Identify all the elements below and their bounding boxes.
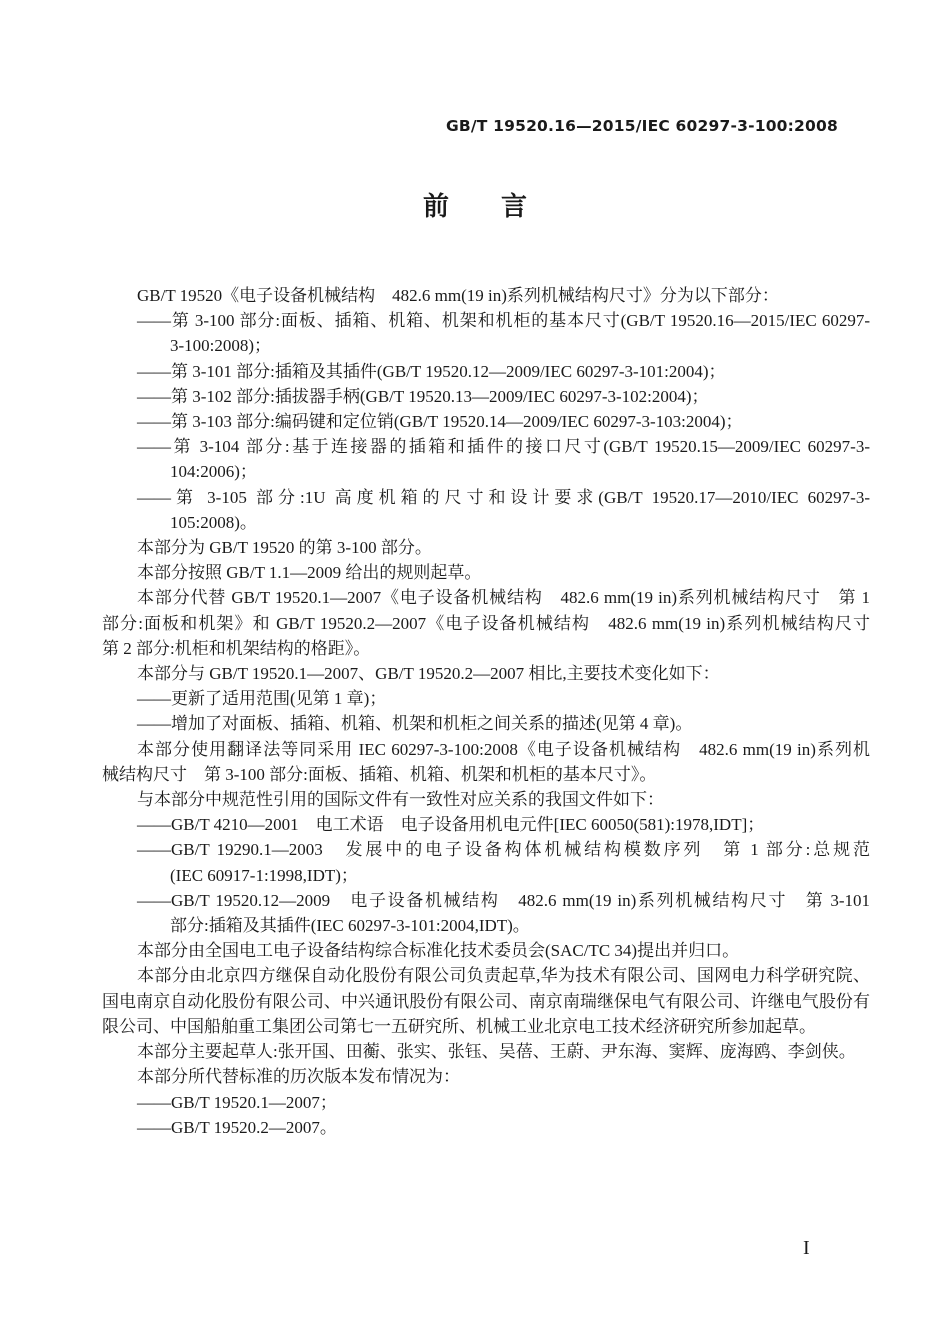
text-line: 限公司、中国船舶重工集团公司第七一五研究所、机械工业北京电工技术经济研究所参加起…	[102, 1014, 870, 1039]
text-line: ——GB/T 19520.1—2007；	[102, 1090, 870, 1115]
document-page: GB/T 19520.16—2015/IEC 60297-3-100:2008 …	[0, 0, 950, 1344]
text-line: 104:2006)；	[102, 459, 870, 484]
text-line: 本部分由北京四方继保自动化股份有限公司负责起草,华为技术有限公司、国网电力科学研…	[102, 963, 870, 988]
text-line: 本部分按照 GB/T 1.1—2009 给出的规则起草。	[102, 560, 870, 585]
text-line: 部分:插箱及其插件(IEC 60297-3-101:2004,IDT)。	[102, 913, 870, 938]
page-number: I	[803, 1236, 810, 1260]
text-line: ——GB/T 19520.2—2007。	[102, 1115, 870, 1140]
foreword-body: GB/T 19520《电子设备机械结构 482.6 mm(19 in)系列机械结…	[102, 283, 870, 1140]
text-line: ——GB/T 4210—2001 电工术语 电子设备用机电元件[IEC 6005…	[102, 812, 870, 837]
text-line: 本部分主要起草人:张开国、田蘅、张实、张钰、吴蓓、王蔚、尹东海、窦辉、庞海鸥、李…	[102, 1039, 870, 1064]
text-line: ——第 3-104 部分:基于连接器的插箱和插件的接口尺寸(GB/T 19520…	[102, 434, 870, 459]
text-line: 3-100:2008)；	[102, 333, 870, 358]
text-line: 本部分为 GB/T 19520 的第 3-100 部分。	[102, 535, 870, 560]
text-line: 本部分由全国电工电子设备结构综合标准化技术委员会(SAC/TC 34)提出并归口…	[102, 938, 870, 963]
text-line: 本部分代替 GB/T 19520.1—2007《电子设备机械结构 482.6 m…	[102, 585, 870, 610]
standard-number-header: GB/T 19520.16—2015/IEC 60297-3-100:2008	[446, 115, 838, 137]
page-title: 前 言	[0, 190, 950, 224]
text-line: 105:2008)。	[102, 510, 870, 535]
text-line: ——更新了适用范围(见第 1 章)；	[102, 686, 870, 711]
text-line: ——GB/T 19520.12—2009 电子设备机械结构 482.6 mm(1…	[102, 888, 870, 913]
text-line: 国电南京自动化股份有限公司、中兴通讯股份有限公司、南京南瑞继保电气有限公司、许继…	[102, 989, 870, 1014]
text-line: ——增加了对面板、插箱、机箱、机架和机柜之间关系的描述(见第 4 章)。	[102, 711, 870, 736]
text-line: ——第 3-105 部分:1U 高度机箱的尺寸和设计要求(GB/T 19520.…	[102, 485, 870, 510]
text-line: (IEC 60917-1:1998,IDT)；	[102, 863, 870, 888]
text-line: 第 2 部分:机柜和机架结构的格距》。	[102, 636, 870, 661]
text-line: 部分:面板和机架》和 GB/T 19520.2—2007《电子设备机械结构 48…	[102, 611, 870, 636]
text-line: 本部分所代替标准的历次版本发布情况为：	[102, 1064, 870, 1089]
text-line: 本部分使用翻译法等同采用 IEC 60297-3-100:2008《电子设备机械…	[102, 737, 870, 762]
text-line: ——第 3-101 部分:插箱及其插件(GB/T 19520.12—2009/I…	[102, 359, 870, 384]
text-line: 械结构尺寸 第 3-100 部分:面板、插箱、机箱、机架和机柜的基本尺寸》。	[102, 762, 870, 787]
text-line: ——第 3-100 部分:面板、插箱、机箱、机架和机柜的基本尺寸(GB/T 19…	[102, 308, 870, 333]
text-line: 本部分与 GB/T 19520.1—2007、GB/T 19520.2—2007…	[102, 661, 870, 686]
text-line: 与本部分中规范性引用的国际文件有一致性对应关系的我国文件如下：	[102, 787, 870, 812]
text-line: ——第 3-102 部分:插拔器手柄(GB/T 19520.13—2009/IE…	[102, 384, 870, 409]
text-line: ——GB/T 19290.1—2003 发展中的电子设备构体机械结构模数序列 第…	[102, 837, 870, 862]
text-line: ——第 3-103 部分:编码键和定位销(GB/T 19520.14—2009/…	[102, 409, 870, 434]
text-line: GB/T 19520《电子设备机械结构 482.6 mm(19 in)系列机械结…	[102, 283, 870, 308]
